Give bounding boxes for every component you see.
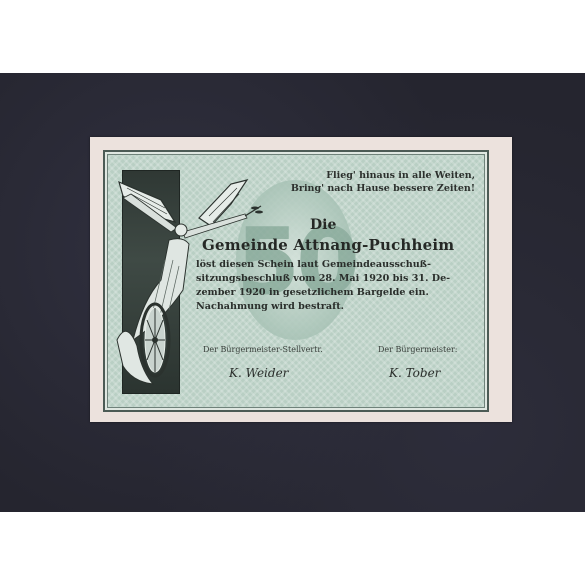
municipality-title: Gemeinde Attnang-Puchheim (202, 236, 454, 254)
motto-text: Flieg' hinaus in alle Weiten, Bring' nac… (291, 169, 475, 195)
body-line: zember 1920 in gesetzlichem Bargelde ein… (196, 286, 481, 300)
signature-deputy: K. Weider (229, 366, 288, 380)
title-article: Die (310, 217, 336, 233)
body-line: löst diesen Schein laut Gemeindeausschuß… (196, 258, 481, 272)
redemption-text: löst diesen Schein laut Gemeindeausschuß… (196, 258, 481, 314)
banknote-inner-panel: 50 (103, 150, 489, 412)
body-line: Nachahmung wird bestraft. (196, 300, 481, 314)
body-line: sitzungsbeschluß vom 28. Mai 1920 bis 31… (196, 272, 481, 286)
signature-mayor: K. Tober (389, 366, 440, 380)
banknote: 50 (90, 137, 512, 422)
signature-label-deputy: Der Bürgermeister-Stellvertr. (203, 345, 323, 354)
motto-line: Bring' nach Hause bessere Zeiten! (291, 182, 475, 195)
motto-line: Flieg' hinaus in alle Weiten, (291, 169, 475, 182)
signature-label-mayor: Der Bürgermeister: (378, 345, 458, 354)
